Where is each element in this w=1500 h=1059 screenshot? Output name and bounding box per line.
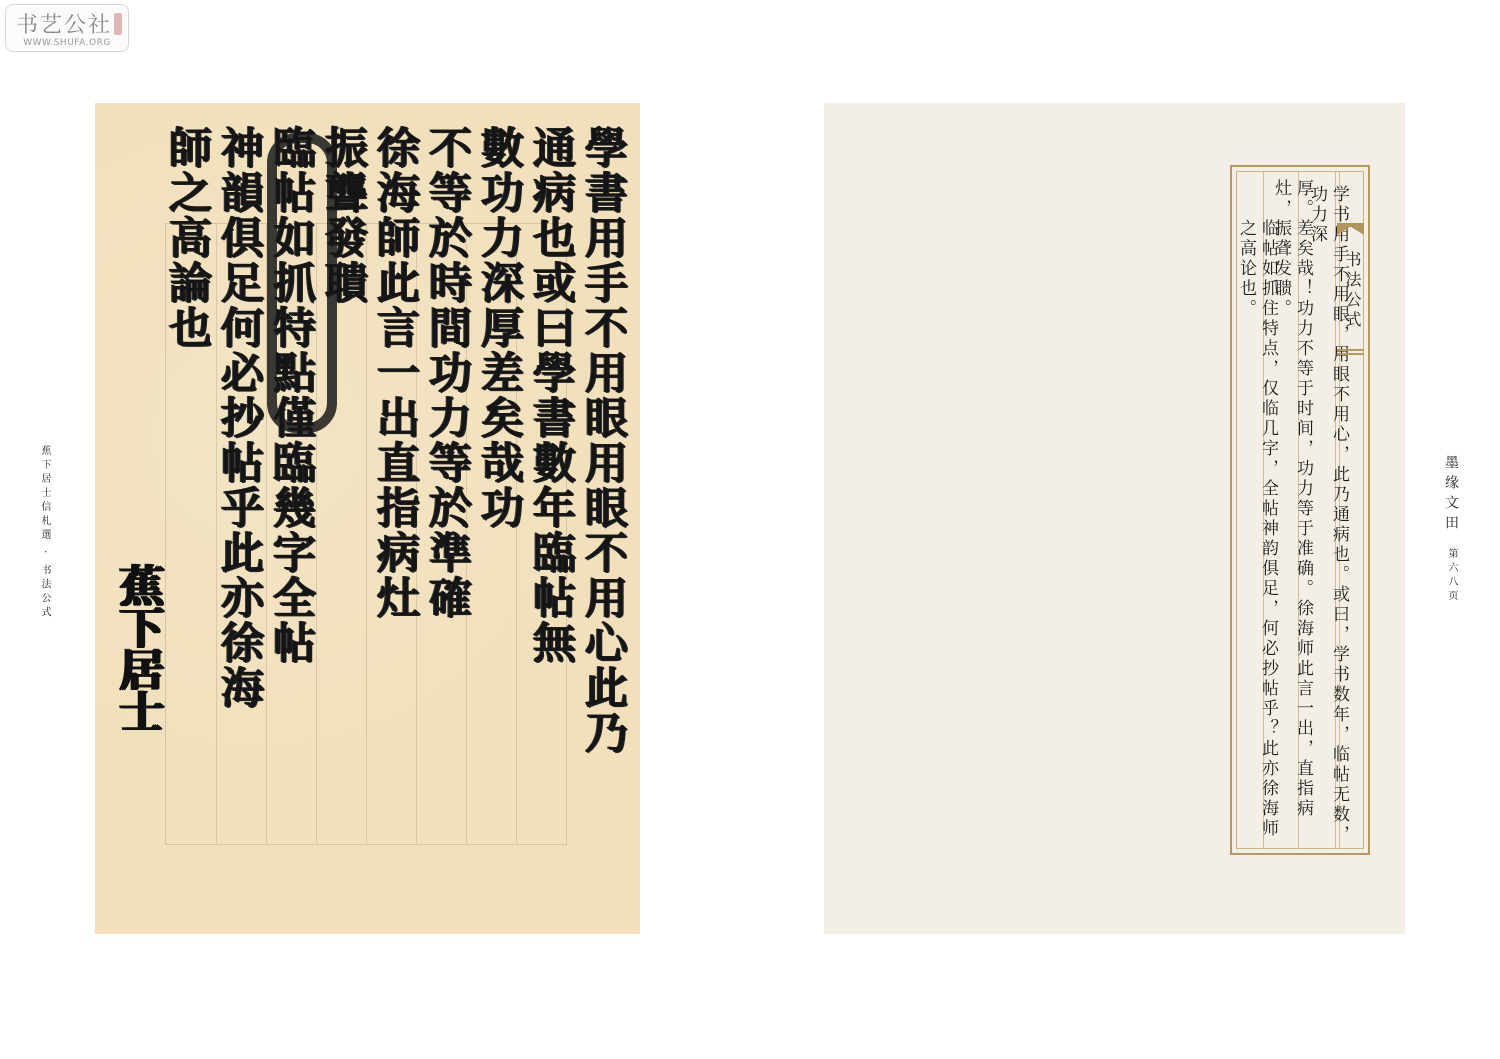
- watermark-brand: 书艺公社: [16, 8, 112, 39]
- body-column: 临帖如抓住特点，仅临几字，全帖神韵俱足，何必抄帖乎？此亦徐海师之高论也。: [1235, 219, 1279, 839]
- letter-column: 師之高論也: [164, 125, 210, 925]
- running-head: 墨缘文田: [1443, 455, 1459, 535]
- page-number: 第六八页: [1446, 548, 1457, 604]
- text-frame: 学书用手不用眼，用眼不用心，此乃通病也。或曰，学书数年，临帖无数，功力深 厚。差…: [1230, 165, 1370, 855]
- header-divider: [1337, 349, 1364, 351]
- letter-column: 振聾發聵: [320, 125, 366, 925]
- watermark-logo: 书艺公社 WWW.SHUFA.ORG: [5, 4, 129, 52]
- calligraphy-letter-image: 學書用手不用眼用眼不用心此乃 通病也或曰學書數年臨帖無 數功力深厚差矣哉功 不等…: [95, 103, 640, 934]
- right-page: 学书用手不用眼，用眼不用心，此乃通病也。或曰，学书数年，临帖无数，功力深 厚。差…: [824, 103, 1405, 934]
- section-title: 书法公式: [1341, 251, 1364, 331]
- letter-column: 通病也或曰學書數年臨帖無: [528, 125, 574, 925]
- letter-column: 數功力深厚差矣哉功: [476, 125, 522, 925]
- chevron-ornament-icon: [1337, 223, 1364, 235]
- watermark-url: WWW.SHUFA.ORG: [6, 38, 128, 48]
- letter-column: 徐海師此言一出直指病灶: [372, 125, 418, 925]
- section-header: 书法公式: [1337, 171, 1364, 849]
- letter-column: 學書用手不用眼用眼不用心此乃: [580, 125, 626, 925]
- letter-column: 不等於時間功力等於準確: [424, 125, 470, 925]
- seal-icon: [114, 13, 122, 35]
- right-margin-caption: 墨缘文田 第六八页: [1441, 455, 1461, 604]
- letter-column: 神韻俱足何必抄帖乎此亦徐海: [216, 125, 262, 925]
- signature: 蕉下居士: [105, 563, 169, 731]
- letter-column: 臨帖如抓特點僅臨幾字全帖: [268, 125, 314, 925]
- letter-columns: 學書用手不用眼用眼不用心此乃 通病也或曰學書數年臨帖無 數功力深厚差矣哉功 不等…: [164, 125, 626, 925]
- left-margin-caption: 蕉下居士信札選 · 书法公式: [37, 445, 52, 621]
